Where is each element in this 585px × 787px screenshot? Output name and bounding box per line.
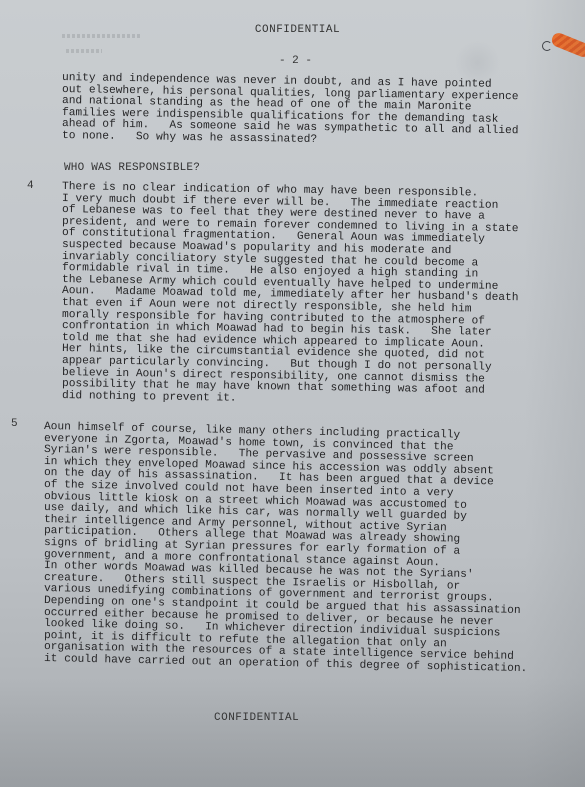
staple-hole-icon (542, 41, 552, 51)
paragraph-number-5: 5 (11, 418, 18, 430)
section-heading: WHO WAS RESPONSIBLE? (64, 162, 200, 174)
intro-paragraph: unity and independence was never in doub… (62, 73, 519, 143)
document-page: CONFIDENTIAL - 2 - unity and independenc… (0, 0, 585, 787)
classification-header: CONFIDENTIAL (0, 24, 585, 36)
paragraph-5: Aoun himself of course, like many others… (44, 422, 527, 665)
paragraph-number-4: 4 (27, 180, 34, 192)
page-number: - 2 - (0, 55, 585, 67)
classification-footer: CONFIDENTIAL (214, 712, 299, 724)
paragraph-4: There is no clear indication of who may … (62, 182, 519, 402)
